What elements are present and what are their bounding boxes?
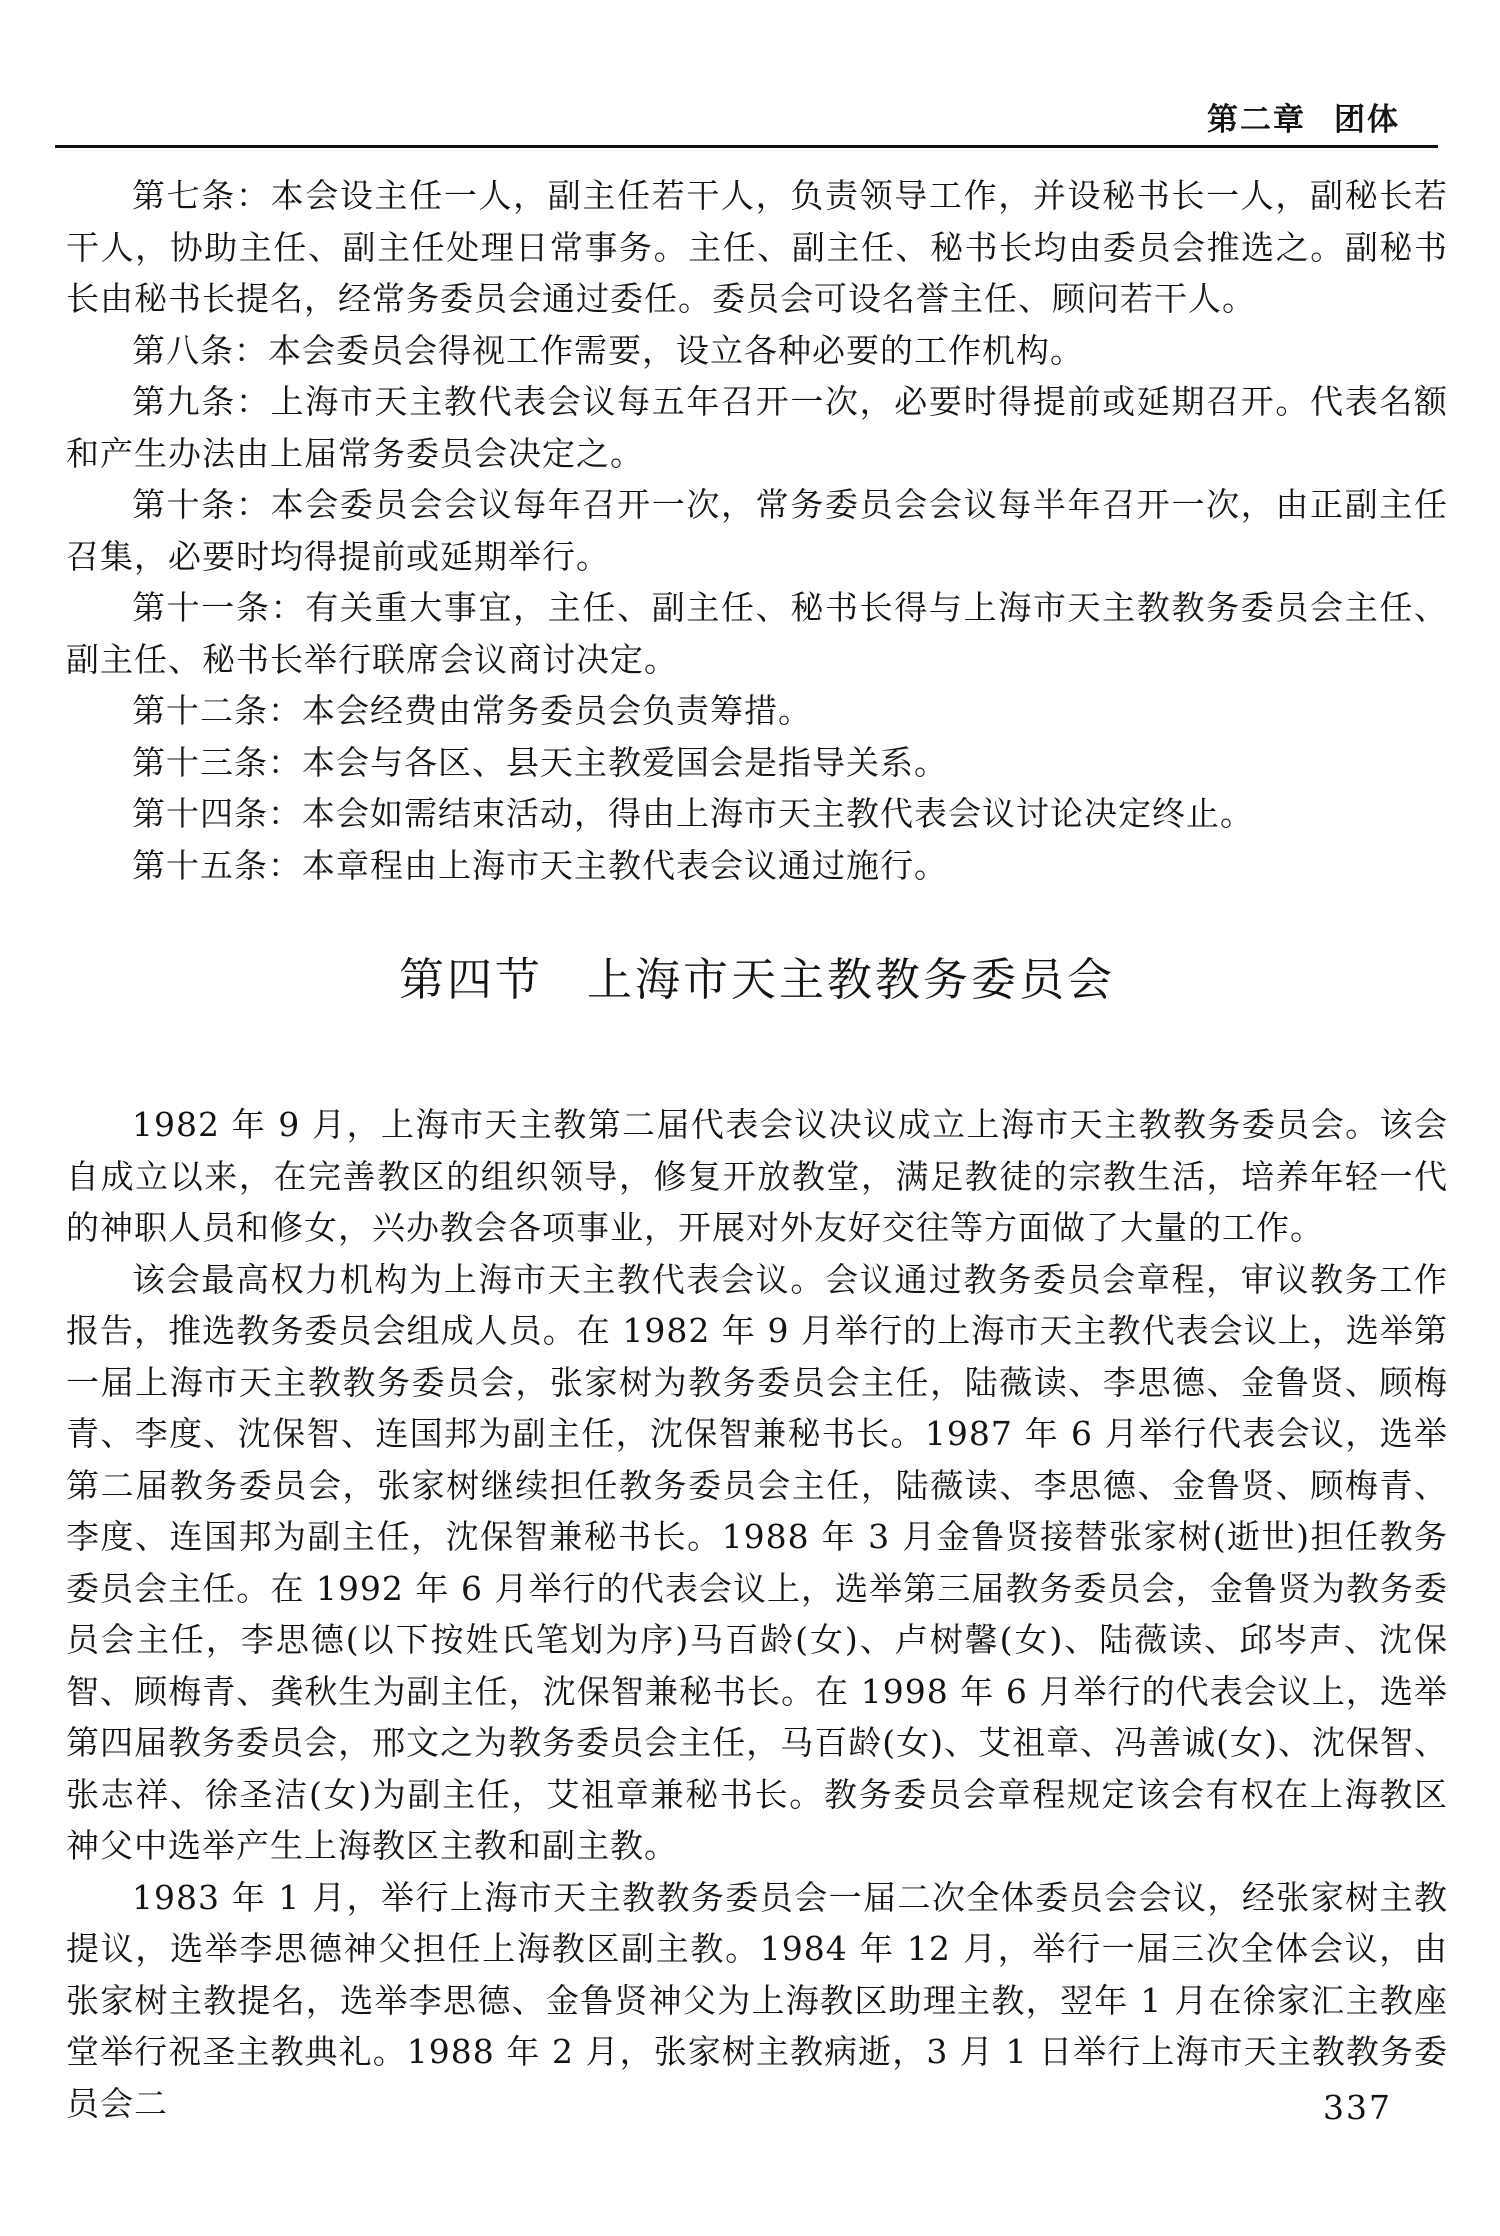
book-page: 第二章团体 第七条：本会设主任一人，副主任若干人，负责领导工作，并设秘书长一人，… [0, 0, 1500, 2236]
article-11: 第十一条：有关重大事宜，主任、副主任、秘书长得与上海市天主教教务委员会主任、副主… [66, 582, 1448, 685]
article-12: 第十二条：本会经费由常务委员会负责筹措。 [66, 685, 1448, 737]
article-10: 第十条：本会委员会会议每年召开一次，常务委员会会议每半年召开一次，由正副主任召集… [66, 479, 1448, 582]
section-label: 第四节 [399, 953, 543, 1006]
page-number: 337 [1323, 2088, 1392, 2127]
running-header-section: 团体 [1334, 102, 1400, 138]
article-9: 第九条：上海市天主教代表会议每五年召开一次，必要时得提前或延期召开。代表名额和产… [66, 376, 1448, 479]
section-name: 上海市天主教教务委员会 [587, 953, 1115, 1006]
header-rule [55, 145, 1438, 148]
body-paragraph-2: 该会最高权力机构为上海市天主教代表会议。会议通过教务委员会章程，审议教务工作报告… [66, 1254, 1448, 1872]
article-15: 第十五条：本章程由上海市天主教代表会议通过施行。 [66, 840, 1448, 892]
article-8: 第八条：本会委员会得视工作需要，设立各种必要的工作机构。 [66, 325, 1448, 377]
article-13: 第十三条：本会与各区、县天主教爱国会是指导关系。 [66, 737, 1448, 789]
article-14: 第十四条：本会如需结束活动，得由上海市天主教代表会议讨论决定终止。 [66, 788, 1448, 840]
running-header: 第二章团体 [1207, 94, 1400, 139]
section-title: 第四节上海市天主教教务委员会 [66, 949, 1448, 1011]
running-header-chapter: 第二章 [1207, 102, 1306, 138]
body-paragraph-3: 1983 年 1 月，举行上海市天主教教务委员会一届二次全体委员会会议，经张家树… [66, 1872, 1448, 2130]
body-paragraph-1: 1982 年 9 月，上海市天主教第二届代表会议决议成立上海市天主教教务委员会。… [66, 1099, 1448, 1254]
page-content: 第七条：本会设主任一人，副主任若干人，负责领导工作，并设秘书长一人，副秘长若干人… [66, 170, 1448, 2129]
article-7: 第七条：本会设主任一人，副主任若干人，负责领导工作，并设秘书长一人，副秘长若干人… [66, 170, 1448, 325]
